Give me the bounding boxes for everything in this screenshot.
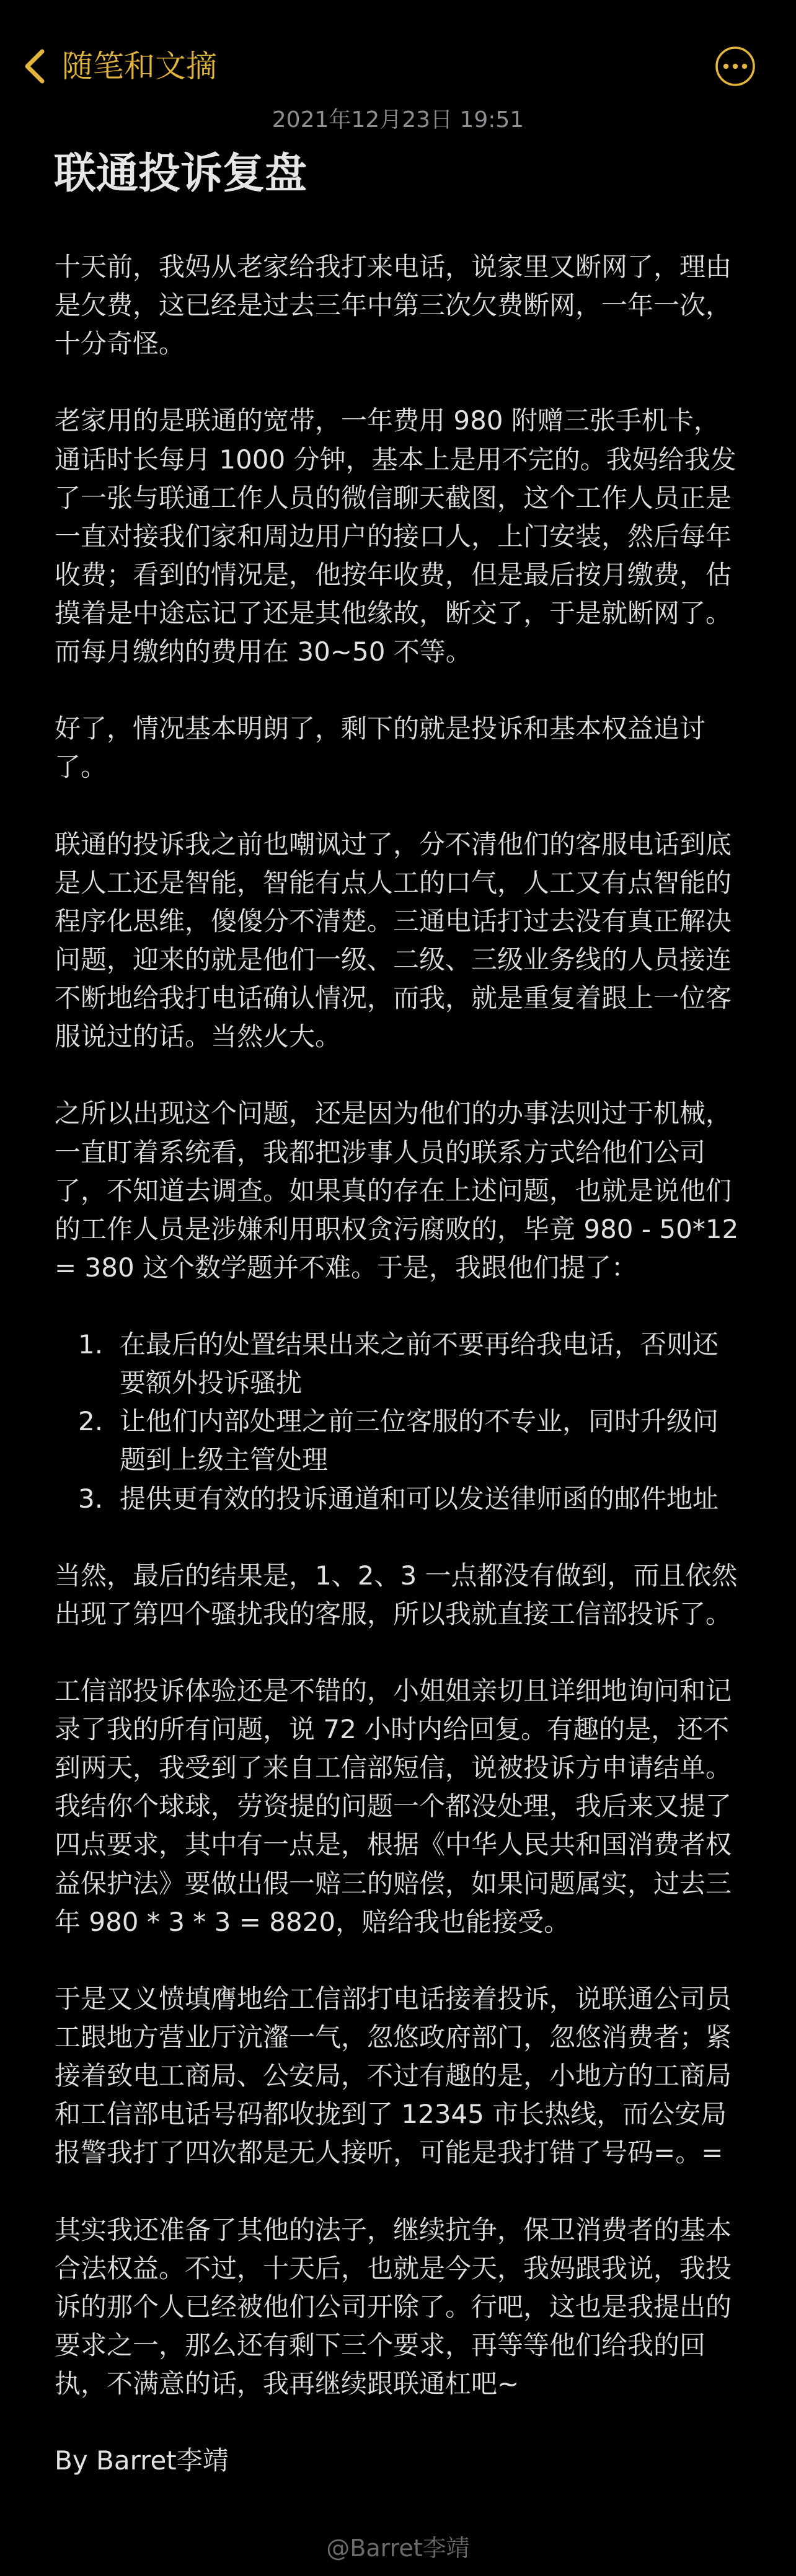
text-line: 工跟地方营业厅沆瀣一气，忽悠政府部门，忽悠消费者；紧: [55, 2018, 741, 2057]
paragraph: 十天前，我妈从老家给我打来电话，说家里又断网了，理由 是欠费，这已经是过去三年中…: [55, 248, 741, 363]
text-line: 我结你个球球，劳资提的问题一个都没处理，我后来又提了: [55, 1787, 741, 1826]
blank-line: [55, 363, 741, 402]
blank-line: [55, 671, 741, 710]
paragraph: 好了，情况基本明朗了，剩下的就是投诉和基本权益追讨 了。: [55, 710, 741, 786]
paragraph: 当然，最后的结果是，1、2、3 一点都没有做到，而且依然 出现了第四个骚扰我的客…: [55, 1557, 741, 1633]
list-item-text: 题到上级主管处理: [120, 1441, 328, 1479]
text-line: 工信部投诉体验还是不错的，小姐姐亲切且详细地询问和记: [55, 1672, 741, 1710]
chevron-left-icon: [19, 48, 46, 85]
back-button[interactable]: 随笔和文摘: [19, 43, 217, 89]
text-line: 而每月缴纳的费用在 30~50 不等。: [55, 633, 741, 671]
text-line: 了。: [55, 748, 741, 786]
list-item-text: 在最后的处置结果出来之前不要再给我电话，否则还: [120, 1325, 719, 1364]
blank-line: [55, 1941, 741, 1980]
text-line: 录了我的所有问题，说 72 小时内给回复。有趣的是，还不: [55, 1710, 741, 1749]
paragraph: 工信部投诉体验还是不错的，小姐姐亲切且详细地询问和记 录了我的所有问题，说 72…: [55, 1672, 741, 1941]
text-line: 联通的投诉我之前也嘲讽过了，分不清他们的客服电话到底: [55, 825, 741, 864]
list-item: 3. 提供更有效的投诉通道和可以发送律师函的邮件地址: [55, 1480, 741, 1518]
text-line: 了，不知道去调查。如果真的存在上述问题，也就是说他们: [55, 1172, 741, 1210]
text-line: 和工信部电话号码都收拢到了 12345 市长热线，而公安局: [55, 2095, 741, 2134]
text-line: 报警我打了四次都是无人接听，可能是我打错了号码=。=: [55, 2134, 741, 2172]
note-body[interactable]: 十天前，我妈从老家给我打来电话，说家里又断网了，理由 是欠费，这已经是过去三年中…: [55, 248, 741, 2480]
list-item: 2. 让他们内部处理之前三位客服的不专业，同时升级问 题到上级主管处理: [55, 1402, 741, 1479]
text-line: 服说过的话。当然火大。: [55, 1018, 741, 1056]
text-line: 一直盯着系统看，我都把涉事人员的联系方式给他们公司: [55, 1133, 741, 1172]
watermark: @Barret李靖: [0, 2533, 796, 2563]
list-item-text: 让他们内部处理之前三位客服的不专业，同时升级问: [120, 1402, 719, 1441]
text-line: 通话时长每月 1000 分钟，基本上是用不完的。我妈给我发: [55, 441, 741, 479]
list-item-number: 2.: [78, 1402, 105, 1441]
text-line: = 380 这个数学题并不难。于是，我跟他们提了：: [55, 1249, 741, 1287]
text-line: 老家用的是联通的宽带，一年费用 980 附赠三张手机卡，: [55, 402, 741, 440]
text-line: 其实我还准备了其他的法子，继续抗争，保卫消费者的基本: [55, 2211, 741, 2249]
list-item-number: 1.: [78, 1325, 105, 1364]
text-line: 摸着是中途忘记了还是其他缘故，断交了，于是就断网了。: [55, 594, 741, 633]
paragraph: 其实我还准备了其他的法子，继续抗争，保卫消费者的基本 合法权益。不过，十天后，也…: [55, 2211, 741, 2404]
text-line: 一直对接我们家和周边用户的接口人，上门安装，然后每年: [55, 517, 741, 556]
text-line: 到两天，我受到了来自工信部短信，说被投诉方申请结单。: [55, 1749, 741, 1787]
blank-line: [55, 1518, 741, 1557]
text-line: 不断地给我打电话确认情况，而我，就是重复着跟上一位客: [55, 979, 741, 1018]
text-line: 于是又义愤填膺地给工信部打电话接着投诉，说联通公司员: [55, 1980, 741, 2018]
text-line: 要求之一，那么还有剩下三个要求，再等等他们给我的回: [55, 2326, 741, 2365]
list-item-text: 提供更有效的投诉通道和可以发送律师函的邮件地址: [120, 1480, 719, 1518]
blank-line: [55, 1633, 741, 1672]
text-line: 接着致电工商局、公安局，不过有趣的是，小地方的工商局: [55, 2057, 741, 2095]
paragraph: 于是又义愤填膺地给工信部打电话接着投诉，说联通公司员 工跟地方营业厅沆瀣一气，忽…: [55, 1980, 741, 2173]
signature: By Barret李靖: [55, 2442, 741, 2480]
ellipsis-circle-icon: [714, 45, 756, 87]
text-line: 当然，最后的结果是，1、2、3 一点都没有做到，而且依然: [55, 1557, 741, 1595]
text-line: 了一张与联通工作人员的微信聊天截图，这个工作人员正是: [55, 479, 741, 517]
blank-line: [55, 1287, 741, 1325]
text-line: 出现了第四个骚扰我的客服，所以我就直接工信部投诉了。: [55, 1595, 741, 1633]
text-line: 执，不满意的话，我再继续跟联通杠吧~: [55, 2365, 741, 2403]
blank-line: [55, 787, 741, 825]
paragraph: 联通的投诉我之前也嘲讽过了，分不清他们的客服电话到底 是人工还是智能，智能有点人…: [55, 825, 741, 1057]
blank-line: [55, 2172, 741, 2210]
text-line: 的工作人员是涉嫌利用职权贪污腐败的，毕竟 980 - 50*12: [55, 1210, 741, 1249]
more-options-button[interactable]: [714, 45, 756, 87]
text-line: 程序化思维，傻傻分不清楚。三通电话打过去没有真正解决: [55, 902, 741, 941]
text-line: 问题，迎来的就是他们一级、二级、三级业务线的人员接连: [55, 941, 741, 979]
list-item-number: 3.: [78, 1480, 105, 1518]
text-line: 四点要求，其中有一点是，根据《中华人民共和国消费者权: [55, 1826, 741, 1864]
back-button-label: 随笔和文摘: [62, 43, 217, 89]
note-timestamp: 2021年12月23日 19:51: [0, 107, 796, 134]
text-line: 十分奇怪。: [55, 325, 741, 363]
text-line: 诉的那个人已经被他们公司开除了。行吧，这也是我提出的: [55, 2288, 741, 2326]
note-title[interactable]: 联通投诉复盘: [54, 149, 307, 200]
text-line: 收费；看到的情况是，他按年收费，但是最后按月缴费，估: [55, 556, 741, 594]
numbered-list: 1. 在最后的处置结果出来之前不要再给我电话，否则还 要额外投诉骚扰 2. 让他…: [55, 1325, 741, 1518]
text-line: 好了，情况基本明朗了，剩下的就是投诉和基本权益追讨: [55, 710, 741, 748]
text-line: 十天前，我妈从老家给我打来电话，说家里又断网了，理由: [55, 248, 741, 286]
text-line: 是人工还是智能，智能有点人工的口气，人工又有点智能的: [55, 864, 741, 902]
text-line: 年 980 * 3 * 3 = 8820，赔给我也能接受。: [55, 1903, 741, 1941]
blank-line: [55, 1056, 741, 1094]
list-item: 1. 在最后的处置结果出来之前不要再给我电话，否则还 要额外投诉骚扰: [55, 1325, 741, 1402]
blank-line: [55, 2403, 741, 2442]
text-line: 是欠费，这已经是过去三年中第三次欠费断网，一年一次，: [55, 286, 741, 325]
text-line: 合法权益。不过，十天后，也就是今天，我妈跟我说，我投: [55, 2249, 741, 2288]
list-item-text: 要额外投诉骚扰: [120, 1364, 302, 1402]
paragraph: 之所以出现这个问题，还是因为他们的办事法则过于机械， 一直盯着系统看，我都把涉事…: [55, 1094, 741, 1287]
text-line: 之所以出现这个问题，还是因为他们的办事法则过于机械，: [55, 1094, 741, 1133]
text-line: 益保护法》要做出假一赔三的赔偿，如果问题属实，过去三: [55, 1865, 741, 1903]
paragraph: 老家用的是联通的宽带，一年费用 980 附赠三张手机卡， 通话时长每月 1000…: [55, 402, 741, 671]
